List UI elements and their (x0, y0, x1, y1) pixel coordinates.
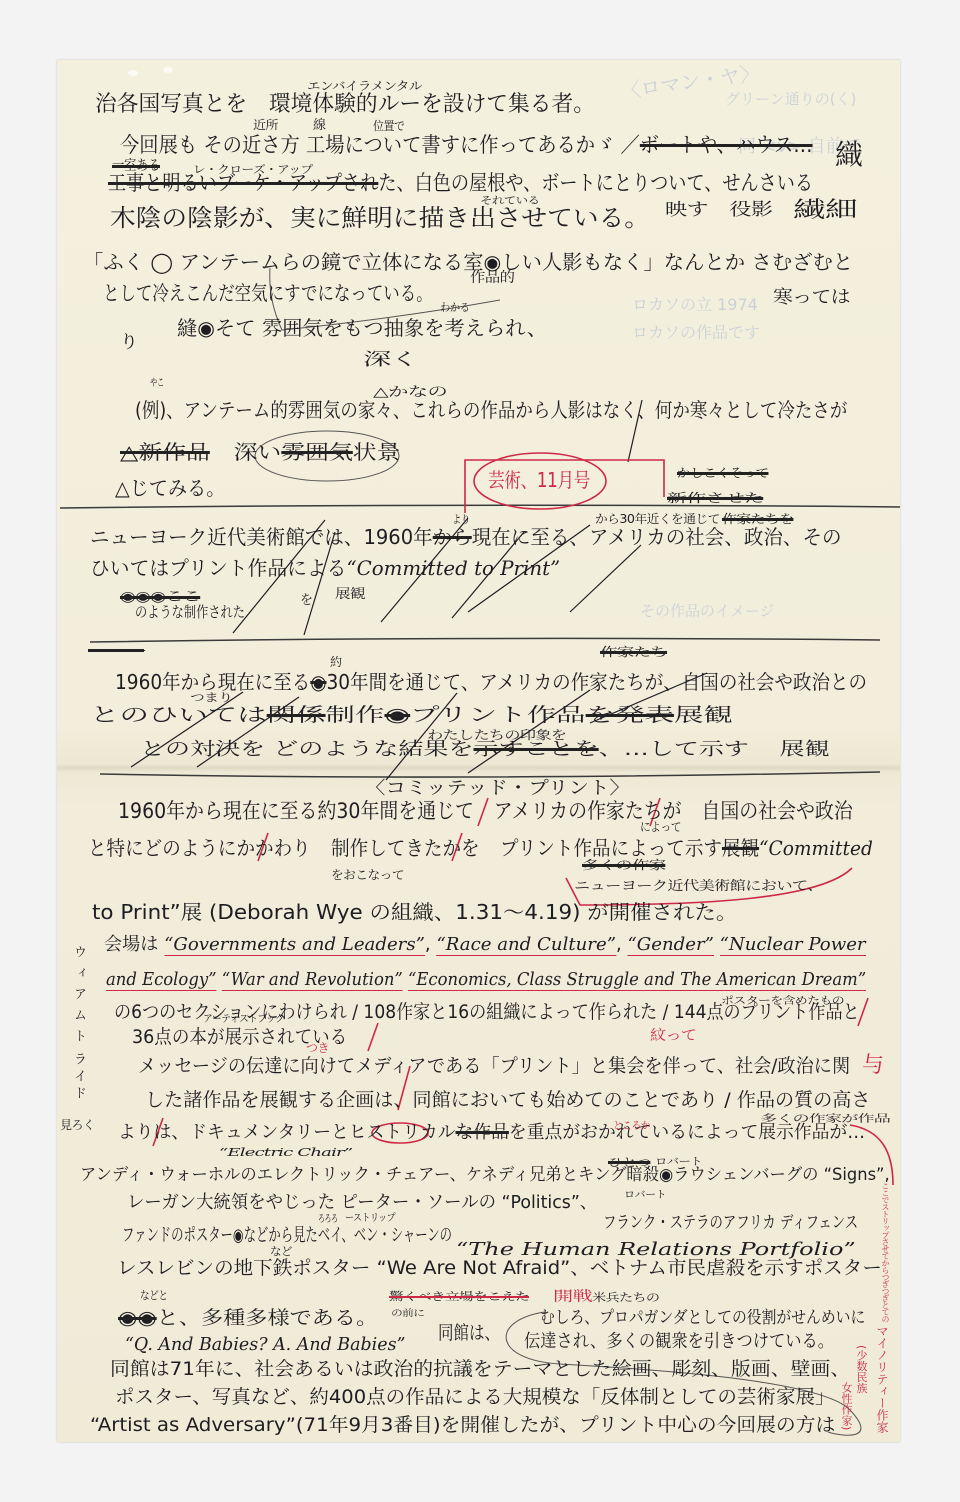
line-text: 同館は、 (438, 1322, 500, 1344)
annotation: 約 (330, 655, 342, 669)
line-text: ひいてはプリント作品による (90, 556, 346, 580)
red-note: 開戦 (553, 1289, 592, 1306)
section-title: “Governments and Leaders” (164, 934, 425, 956)
annotation: などと (140, 1289, 168, 1302)
line-text: プリント作品によって示す (500, 836, 722, 860)
line-text: 今回展も その近さ方 工場について書すに作ってあるかゞ (120, 133, 621, 157)
struck-text: ◉ (384, 704, 410, 726)
manuscript-line: to Print”展 (Deborah Wye の組織、1.31〜4.19) が… (92, 900, 737, 924)
section-title: and Ecology” (106, 969, 217, 991)
annotation: 線 (313, 118, 326, 134)
manuscript-line: とのひいては関係制作◉プリント作品を発表展観 (90, 704, 733, 727)
struck-text: な作品 (455, 1122, 508, 1143)
manuscript-line: and Ecology” “War and Revolution” “Econo… (106, 969, 866, 991)
manuscript-line: ファンドのポスター◉などから見たベイ、ベン・シャーンの (122, 1225, 452, 1247)
line-text (714, 934, 720, 955)
manuscript-line: 1960年から現在に至る約30年間を通じてアメリカの作家たちが自国の社会や政治 (118, 799, 853, 824)
red-note-publication: 芸術、11月号 (488, 468, 590, 492)
annotation: 近所 (253, 118, 278, 132)
line-text: ニューヨーク近代美術館では、1960年 (90, 525, 433, 549)
work-title: “Q. And Babies? A. And Babies” (125, 1334, 405, 1355)
annotation-struck: ひとつ (608, 1156, 650, 1169)
line-text: アンディ・ウォーホルのエレクトリック・チェアー、ケネディ兄弟とキング暗殺◉ラウシ… (80, 1165, 890, 1185)
annotation: ーストリップ (345, 1213, 395, 1225)
manuscript-line: 木陰の陰影が、実に鮮明に描き出させている。 (110, 204, 650, 233)
red-note: つき (306, 1041, 329, 1055)
annotation: の前に (391, 1309, 424, 1320)
manuscript-line: ニューヨーク近代美術館では、1960年から現在に至る、アメリカの社会、政治、その (90, 525, 842, 549)
line-text: た、白色の屋根や、ボートにとりついて、せんさいる (378, 171, 813, 195)
annotation: やこ (150, 378, 164, 390)
struck-text: ◉ (310, 670, 326, 694)
annotation-struck: 一室ある (112, 158, 160, 175)
manuscript-line: (例)、アンテーム的雰囲気の家々、これらの作品から人影はなく、何か寒々として冷た… (135, 398, 847, 422)
heading-text: 〈コミッテッド・プリント〉 (365, 778, 630, 799)
line-text: を重点がおかれている (509, 1122, 687, 1143)
line-text: 深い (234, 440, 282, 464)
struck-text: を発表 (586, 704, 674, 726)
line-text: 同館は71年に、社会あるいは政治的抗議をテーマとした絵画、彫刻、版画、壁画、 (110, 1358, 850, 1380)
line-text: 1960年から現在に至る約30年間を通じて (118, 799, 474, 823)
red-margin-note: マイノリティー作家 (876, 1325, 888, 1433)
annotation: アーティストブック (203, 1014, 284, 1026)
manuscript-line: と特にどのようにかかわり制作してきたかをプリント作品によって示す展観“Commi… (88, 836, 873, 860)
manuscript-line: 「ふく ◯ アンテームらの鏡で立体になる室◉しい人影もなく」なんとか さむざむと (83, 250, 853, 274)
annotation-struck: 多くの作家 (582, 858, 665, 872)
manuscript-line: むしろ、プロパガンダとしての役割がせんめいに (540, 1308, 865, 1328)
line-text: 30年間を通じて、アメリカの作家たちが、自国の社会や政治との (326, 670, 867, 694)
annotation: 展観 (335, 587, 365, 603)
manuscript-line: “Q. And Babies? A. And Babies” (125, 1334, 405, 1356)
struck-text: 展観 (722, 836, 759, 860)
line-text: △じてみる。 (115, 476, 225, 500)
line-text: 雰囲気をもつ抽象を考えられ、 (262, 316, 547, 340)
section-title: “Gender” (627, 934, 713, 956)
manuscript-line: よりは、ドキュメンタリーとヒストリカルな作品を重点がおかれているによって展示作品… (118, 1122, 865, 1144)
annotation: レ・クローズ・アップ (193, 163, 313, 176)
line-text: 治各国写真とを 環境体験的ルーを設けて集る者。 (95, 92, 595, 117)
red-margin-note: 女性作家) (841, 1382, 852, 1430)
red-note: ところか (613, 1121, 650, 1133)
left-margin-note: 見ろく (60, 1118, 95, 1132)
red-margin-note: (少数民族 (856, 1345, 867, 1393)
bleed-through-text: その作品のイメージ (640, 600, 775, 621)
line-text: , (425, 934, 437, 955)
annotation: それている (480, 196, 539, 208)
annotation: より (452, 513, 470, 526)
line-text: との対決を (140, 739, 273, 760)
line-text: 展観 (780, 739, 830, 760)
paper-fold-crease (57, 764, 900, 772)
annotation: 繊細 (793, 198, 857, 224)
left-margin-note: ウィアムト (72, 945, 85, 1050)
annotation: “Electric Chair” (219, 1146, 352, 1159)
annotation: 映す 役影 (665, 200, 772, 220)
line-text: 制作してきたかを (331, 836, 479, 860)
manuscript-line: 伝達され、多くの観衆を引きつけている。 (524, 1331, 834, 1353)
section-title: “Nuclear Power (720, 934, 866, 956)
annotation: わたしたちの印象を (427, 728, 566, 742)
line-text: 現在に至る、アメリカの社会、政治、その (472, 525, 842, 549)
line-text: メッセージの伝達に向けてメディアである「プリント」と集会を伴って、社会/政治に関 (138, 1055, 850, 1077)
annotation-struck: ◉◉◉ここ (120, 589, 200, 606)
margin-character: 織 (835, 138, 863, 172)
line-text: 伝達され、多くの観衆を引きつけている。 (524, 1331, 834, 1352)
manuscript-line: △新作品 深い雰囲気状景 (120, 440, 400, 464)
annotation: わかる (440, 301, 470, 314)
line-text: プリント作品 (410, 704, 585, 726)
annotation: ロバート (624, 1190, 666, 1202)
struck-text: から (433, 525, 472, 549)
annotation: エンバイラメンタル (307, 79, 422, 93)
left-margin-note: ライド (72, 1052, 85, 1103)
line-text: と特にどのようにかかわり (88, 836, 311, 860)
annotation: 位置で (373, 119, 405, 133)
manuscript-line: レーガン大統領をやじった ピーター・ソールの “Politics”、 (127, 1192, 597, 1214)
manuscript-line: フランク・ステラのアフリカ ディフェンス (603, 1213, 858, 1233)
section-heading: 〈コミッテッド・プリント〉 (365, 778, 630, 800)
struck-text: ◉◉ (118, 1307, 157, 1329)
line-text: 自国の社会や政治 (701, 799, 852, 823)
line-text: to Print”展 (Deborah Wye の組織、1.31〜4.19) が… (92, 900, 737, 924)
line-text: “Artist as Adversary”(71年9月3番目)を開催したが、プリ… (90, 1414, 835, 1436)
line-text: 縫◉そて (177, 316, 262, 340)
manuscript-line: △じてみる。 (115, 476, 225, 500)
line-text: …して示す (624, 739, 749, 760)
line-text: と、多種多様である。 (157, 1307, 379, 1329)
struck-text: 関係 (267, 704, 326, 726)
annotation: によって (640, 820, 681, 834)
annotation: をおこなって (331, 868, 404, 882)
line-text: 会場は (104, 934, 164, 955)
red-note: 紋って (650, 1028, 696, 1045)
line-text: , (616, 934, 628, 955)
annotation: 作品的 (470, 270, 514, 287)
line-text: フランク・ステラのアフリカ ディフェンス (603, 1213, 858, 1233)
line-text: した諸作品を展観する企画は、同館においても始めてのことであり / 作品の質の高さ (145, 1089, 870, 1111)
struck-text: △新作品 (120, 440, 210, 464)
manuscript-line: “Artist as Adversary”(71年9月3番目)を開催したが、プリ… (90, 1414, 835, 1437)
manuscript-line: レスレビンの地下鉄ポスター “We Are Not Afraid”、ベトナム市民… (117, 1257, 882, 1280)
struck-text: ボートや、ハウス… (640, 133, 813, 157)
annotation-struck: ―― (88, 643, 144, 657)
annotation-struck: 新作させた (667, 491, 763, 505)
annotation-struck: 作家たち (600, 645, 667, 659)
manuscript-line: メッセージの伝達に向けてメディアである「プリント」と集会を伴って、社会/政治に関 (138, 1055, 850, 1078)
line-text: ポスター、写真など、約400点の作品による大規模な「反体制としての芸術家展」 (115, 1386, 835, 1408)
annotation: など (270, 1245, 292, 1258)
red-margin-note: ここでストリップさせてからつぎつぎとての (881, 1182, 889, 1322)
line-text: (例)、アンテーム的雰囲気の家々、これらの作品から人影はなく、何か寒々として冷た… (135, 398, 847, 422)
line-text: むしろ、プロパガンダとしての役割がせんめいに (540, 1308, 865, 1328)
manuscript-line: 治各国写真とを 環境体験的ルーを設けて集る者。 (95, 92, 595, 118)
red-note: 与 (862, 1053, 884, 1079)
manuscript-line: 同館は71年に、社会あるいは政治的抗議をテーマとした絵画、彫刻、版画、壁画、 (110, 1358, 850, 1381)
manuscript-line: した諸作品を展観する企画は、同館においても始めてのことであり / 作品の質の高さ (145, 1089, 870, 1112)
annotation: ポスターを含めたもの (721, 996, 844, 1008)
annotation: 米兵たちの (592, 1291, 659, 1304)
line-text: 「ふく ◯ アンテームらの鏡で立体になる室◉しい人影もなく」なんとか さむざむと (83, 250, 853, 274)
exhibition-title: “Committed (759, 836, 873, 860)
annotation-struck: かしこくそって (677, 466, 768, 480)
manuscript-line: 会場は “Governments and Leaders”, “Race and… (104, 934, 866, 956)
section-title: “Economics, Class Struggle and The Ameri… (408, 969, 866, 991)
line-text: レーガン大統領をやじった ピーター・ソールの “Politics”、 (127, 1192, 597, 1213)
section-title: “War and Revolution” (222, 969, 403, 991)
manuscript-line: ひいてはプリント作品による“Committed to Print” (90, 556, 560, 580)
bleed-through-text: ロカソの作品です (632, 320, 760, 343)
line-text: 、 (599, 739, 624, 760)
manuscript-line: ポスター、写真など、約400点の作品による大規模な「反体制としての芸術家展」 (115, 1386, 835, 1409)
annotation: から30年近くを通じて (595, 512, 720, 526)
annotation: ロバート (655, 1157, 702, 1169)
line-text: 状景 (353, 440, 401, 464)
manuscript-line: 縫◉そて 雰囲気をもつ抽象を考えられ、 (177, 316, 547, 340)
annotation: を (300, 593, 313, 609)
annotation: つまり (190, 691, 232, 704)
line-text: レスレビンの地下鉄ポスター “We Are Not Afraid”、ベトナム市民… (117, 1257, 882, 1279)
bleed-through-text: グリーン通りの(く) (725, 88, 856, 109)
line-text (210, 440, 234, 464)
line-text: ファンドのポスター◉などから見たベイ、ベン・シャーンの (122, 1225, 452, 1246)
line-text: とのひいては (90, 704, 267, 726)
struck-text: 雰囲気 (281, 440, 352, 464)
line-text: よりは、ドキュメンタリーとヒストリカル (118, 1122, 455, 1143)
annotation-struck-red: 驚くべき立場をこえた (389, 1290, 529, 1303)
annotation: 寒っては (773, 287, 850, 309)
manuscript-line: アンディ・ウォーホルのエレクトリック・チェアー、ケネディ兄弟とキング暗殺◉ラウシ… (80, 1165, 890, 1185)
annotation: ろろろ (318, 1214, 338, 1226)
annotation-struck: 作家たちを (722, 512, 793, 526)
annotation: △かなの (373, 385, 447, 401)
manuscript-line: として冷えこんだ空気にすでになっている。 (103, 281, 433, 305)
annotation: 多くの作家が作品 (760, 1114, 890, 1126)
line-text: 展観 (674, 704, 733, 726)
manuscript-line: ◉◉と、多種多様である。 (118, 1307, 378, 1330)
annotation: 深く (363, 350, 418, 370)
manuscript-line: 同館は、 (438, 1322, 500, 1345)
line-text: 木陰の陰影が、実に鮮明に描き出させている。 (110, 204, 650, 232)
bleed-through-text: ロカソの立 1974 (632, 292, 758, 315)
line-text: 制作 (326, 704, 385, 726)
annotation: ニューヨーク近代美術館において、 (574, 879, 823, 895)
annotation: り (120, 332, 138, 354)
exhibition-title: “Committed to Print” (346, 556, 560, 580)
manuscript-line: 今回展も その近さ方 工場について書すに作ってあるかゞ ／ボートや、ハウス… (120, 133, 813, 158)
line-text: として冷えこんだ空気にすでになっている。 (103, 281, 433, 305)
section-title: “Race and Culture” (436, 934, 616, 956)
slash-mark: ／ (621, 133, 640, 157)
